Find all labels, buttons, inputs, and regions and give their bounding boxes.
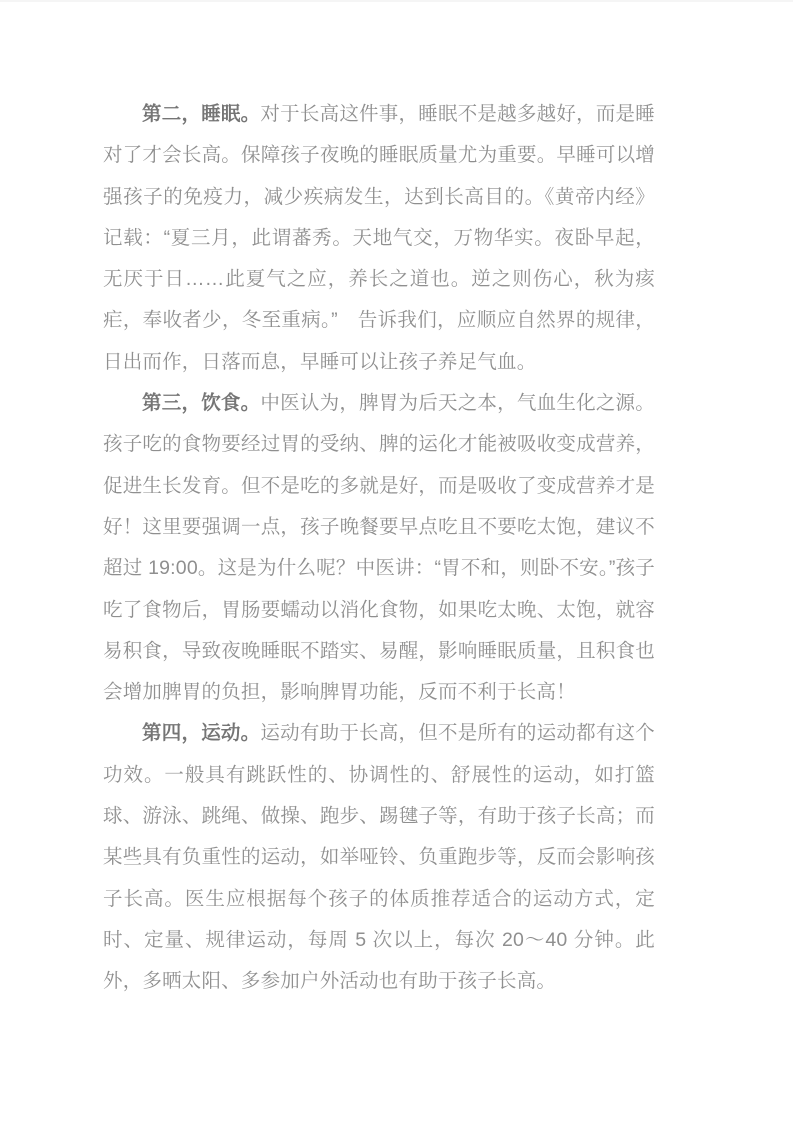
page-top-edge [0,0,793,2]
paragraph-exercise-text: 运动有助于长高，但不是所有的运动都有这个功效。一般具有跳跃性的、协调性的、舒展性… [103,722,655,992]
document-page: 第二，睡眠。对于长高这件事，睡眠不是越多越好，而是睡对了才会长高。保障孩子夜晚的… [0,0,793,1122]
paragraph-exercise: 第四，运动。运动有助于长高，但不是所有的运动都有这个功效。一般具有跳跃性的、协调… [103,713,655,1002]
paragraph-sleep-text: 对于长高这件事，睡眠不是越多越好，而是睡对了才会长高。保障孩子夜晚的睡眠质量尤为… [103,103,655,373]
paragraph-sleep-lead: 第二，睡眠。 [142,103,260,125]
paragraph-diet-text: 中医认为，脾胃为后天之本，气血生化之源。孩子吃的食物要经过胃的受纳、脾的运化才能… [103,392,655,703]
paragraph-sleep: 第二，睡眠。对于长高这件事，睡眠不是越多越好，而是睡对了才会长高。保障孩子夜晚的… [103,94,655,383]
paragraph-exercise-lead: 第四，运动。 [142,722,260,744]
paragraph-diet: 第三，饮食。中医认为，脾胃为后天之本，气血生化之源。孩子吃的食物要经过胃的受纳、… [103,383,655,713]
paragraph-diet-lead: 第三，饮食。 [142,392,260,414]
